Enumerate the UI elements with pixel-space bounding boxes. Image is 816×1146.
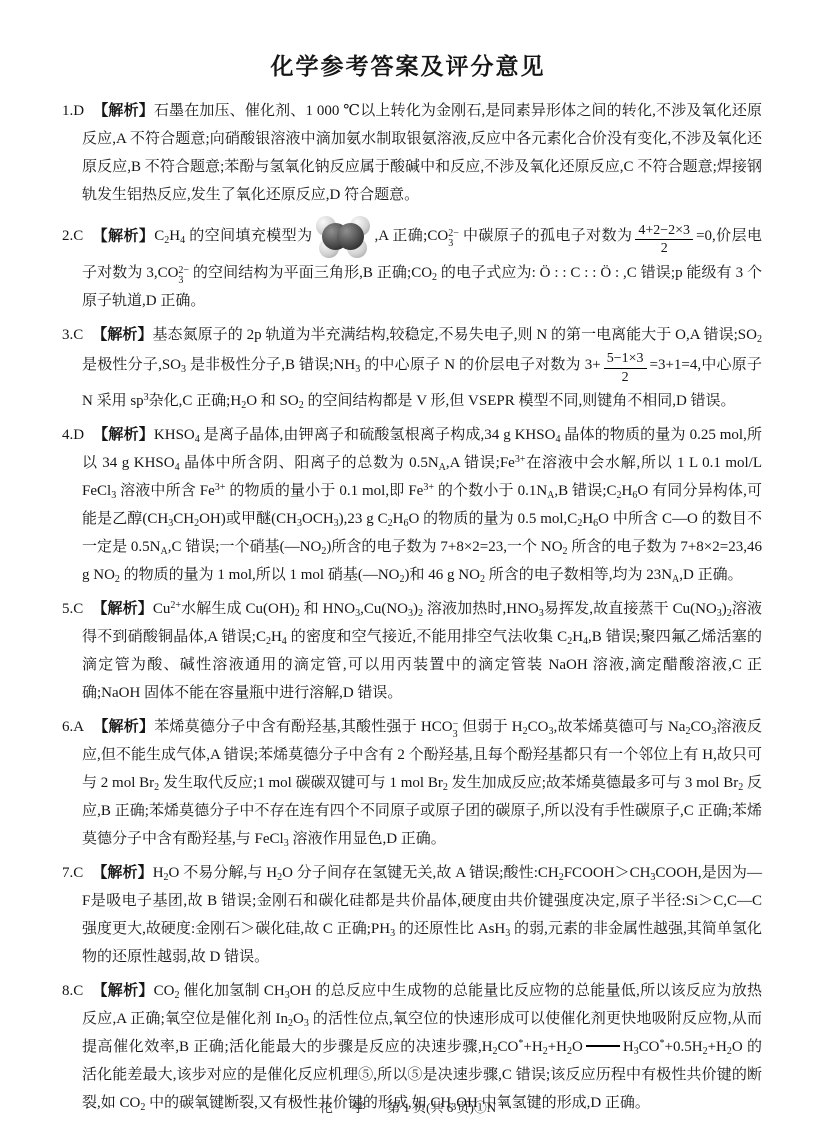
- subscript: 6: [632, 490, 637, 501]
- subscript: 2: [727, 608, 732, 619]
- subscript: 2: [727, 1046, 732, 1057]
- answer-text: KHSO4 是离子晶体,由钾离子和硫酸氢根离子构成,34 g KHSO4 晶体的…: [82, 427, 762, 583]
- subscript: 2: [266, 636, 271, 647]
- subscript: 2: [174, 990, 179, 1001]
- page-title: 化学参考答案及评分意见: [0, 0, 816, 97]
- subscript: A: [672, 574, 679, 585]
- answer-text: H2O 不易分解,与 H2O 分子间存在氢键无关,故 A 错误;酸性:CH2FC…: [82, 865, 762, 965]
- answer-text: 基态氮原子的 2p 轨道为半充满结构,较稳定,不易失电子,则 N 的第一电离能大…: [82, 327, 762, 409]
- subscript: A: [547, 490, 554, 501]
- subscript: 2: [703, 1046, 708, 1057]
- answer-text: Cu2+水解生成 Cu(OH)2 和 HNO3,Cu(NO3)2 溶液加热时,H…: [82, 601, 762, 701]
- subscript: 2: [567, 1046, 572, 1057]
- subscript: 4: [282, 636, 287, 647]
- fraction: 4+2−2×32: [635, 222, 693, 258]
- subscript: 2: [757, 334, 762, 345]
- subscript: A: [439, 462, 446, 473]
- superscript: 2+: [170, 600, 181, 611]
- subscript: 3: [334, 518, 339, 529]
- footer-page-info: 第 1 页(共 6 页)①N: [387, 1100, 496, 1115]
- subscript: 3: [355, 364, 360, 375]
- subscript: 3: [711, 726, 716, 737]
- subscript: 4: [583, 636, 588, 647]
- subscript: 3: [650, 872, 655, 883]
- subscript: 3: [285, 990, 290, 1001]
- analysis-label: 【解析】: [92, 600, 153, 617]
- stacked-sub-sup: 2−3: [448, 229, 459, 250]
- subscript: 2: [493, 1046, 498, 1057]
- subscript: 3: [408, 608, 413, 619]
- subscript: 4: [175, 462, 180, 473]
- answer-text: CO2 催化加氢制 CH3OH 的总反应中生成物的总能量比反应物的总能量低,所以…: [82, 983, 762, 1111]
- equation-line: [586, 1045, 620, 1047]
- subscript: 2: [288, 1018, 293, 1029]
- subscript: 2: [443, 782, 448, 793]
- answer-item: 6.A【解析】苯烯莫德分子中含有酚羟基,其酸性强于 HCO−3 但弱于 H2CO…: [62, 713, 762, 853]
- analysis-label: 【解析】: [93, 718, 154, 735]
- answer-number: 4.D: [62, 427, 84, 443]
- subscript: 6: [593, 518, 598, 529]
- answer-item: 1.D【解析】石墨在加压、催化剂、1 000 ℃以上转化为金刚石,是同素异形体之…: [62, 97, 762, 209]
- subscript: 3: [111, 490, 116, 501]
- document-page: 化学参考答案及评分意见 1.D【解析】石墨在加压、催化剂、1 000 ℃以上转化…: [0, 0, 816, 1146]
- subscript: 2: [480, 574, 485, 585]
- answer-number: 7.C: [62, 865, 83, 881]
- analysis-label: 【解析】: [92, 982, 153, 999]
- footer-subject: 化 学: [320, 1100, 373, 1115]
- subscript: 3: [505, 928, 510, 939]
- subscript: 2: [154, 782, 159, 793]
- subscript: 2: [567, 636, 572, 647]
- subscript: 2: [523, 726, 528, 737]
- subscript: 3: [548, 726, 553, 737]
- answer-number: 1.D: [62, 103, 84, 119]
- subscript: 2: [194, 518, 199, 529]
- answer-item: 8.C【解析】CO2 催化加氢制 CH3OH 的总反应中生成物的总能量比反应物的…: [62, 977, 762, 1117]
- analysis-label: 【解析】: [92, 326, 152, 343]
- analysis-label: 【解析】: [93, 426, 154, 443]
- answer-number: 2.C: [62, 228, 83, 244]
- subscript: 3: [634, 1046, 639, 1057]
- superscript: *: [518, 1038, 523, 1049]
- subscript: 2: [299, 400, 304, 411]
- answer-item: 5.C【解析】Cu2+水解生成 Cu(OH)2 和 HNO3,Cu(NO3)2 …: [62, 595, 762, 707]
- superscript: 3+: [215, 482, 226, 493]
- subscript: 4: [555, 434, 560, 445]
- subscript: 2: [577, 518, 582, 529]
- subscript: 2: [559, 872, 564, 883]
- answer-number: 3.C: [62, 327, 83, 343]
- stacked-sub-sup: 2−3: [178, 266, 189, 287]
- subscript: 3: [181, 364, 186, 375]
- subscript: 4: [195, 434, 200, 445]
- answer-number: 5.C: [62, 601, 83, 617]
- c2h4-space-filling-model: [315, 215, 371, 259]
- subscript: 2: [543, 1046, 548, 1057]
- answer-number: 8.C: [62, 983, 83, 999]
- answer-text: C2H4 的空间填充模型为,A 正确;CO2−3 中碳原子的孤电子对数为4+2−…: [82, 228, 762, 309]
- subscript: 2: [164, 235, 169, 246]
- subscript: 3: [297, 518, 302, 529]
- subscript: 3: [717, 608, 722, 619]
- stacked-sub-sup: −3: [453, 720, 459, 741]
- page-footer: 化 学第 1 页(共 6 页)①N: [0, 1097, 816, 1116]
- subscript: 3: [355, 608, 360, 619]
- superscript: 3+: [515, 454, 526, 465]
- answer-item: 3.C【解析】基态氮原子的 2p 轨道为半充满结构,较稳定,不易失电子,则 N …: [62, 321, 762, 415]
- subscript: 2: [295, 608, 300, 619]
- subscript: 2: [738, 782, 743, 793]
- subscript: 3: [168, 518, 173, 529]
- subscript: 2: [418, 608, 423, 619]
- subscript: 2: [241, 400, 246, 411]
- subscript: 2: [685, 726, 690, 737]
- subscript: 2: [617, 490, 622, 501]
- answers-list: 1.D【解析】石墨在加压、催化剂、1 000 ℃以上转化为金刚石,是同素异形体之…: [0, 97, 816, 1117]
- answer-item: 2.C【解析】C2H4 的空间填充模型为,A 正确;CO2−3 中碳原子的孤电子…: [62, 215, 762, 315]
- subscript: 3: [304, 1018, 309, 1029]
- subscript: 6: [403, 518, 408, 529]
- subscript: 2: [164, 872, 169, 883]
- subscript: 4: [180, 235, 185, 246]
- subscript: 2: [563, 546, 568, 557]
- superscript: *: [660, 1038, 665, 1049]
- answer-number: 6.A: [62, 719, 84, 735]
- subscript: 2: [388, 518, 393, 529]
- subscript: 3: [539, 608, 544, 619]
- subscript: 2: [400, 574, 405, 585]
- subscript: 3: [284, 838, 289, 849]
- subscript: 2: [115, 574, 120, 585]
- subscript: 2: [432, 272, 437, 283]
- analysis-label: 【解析】: [92, 864, 152, 881]
- answer-item: 7.C【解析】H2O 不易分解,与 H2O 分子间存在氢键无关,故 A 错误;酸…: [62, 859, 762, 971]
- subscript: 3: [390, 928, 395, 939]
- subscript: A: [160, 546, 167, 557]
- analysis-label: 【解析】: [93, 102, 154, 119]
- subscript: 2: [321, 546, 326, 557]
- subscript: 2: [277, 872, 282, 883]
- fraction: 5−1×32: [604, 350, 647, 386]
- answer-text: 石墨在加压、催化剂、1 000 ℃以上转化为金刚石,是同素异形体之间的转化,不涉…: [82, 103, 762, 203]
- analysis-label: 【解析】: [92, 227, 154, 244]
- superscript: 3: [144, 392, 149, 403]
- answer-item: 4.D【解析】KHSO4 是离子晶体,由钾离子和硫酸氢根离子构成,34 g KH…: [62, 421, 762, 589]
- superscript: 3+: [423, 482, 434, 493]
- answer-text: 苯烯莫德分子中含有酚羟基,其酸性强于 HCO−3 但弱于 H2CO3,故苯烯莫德…: [82, 719, 762, 847]
